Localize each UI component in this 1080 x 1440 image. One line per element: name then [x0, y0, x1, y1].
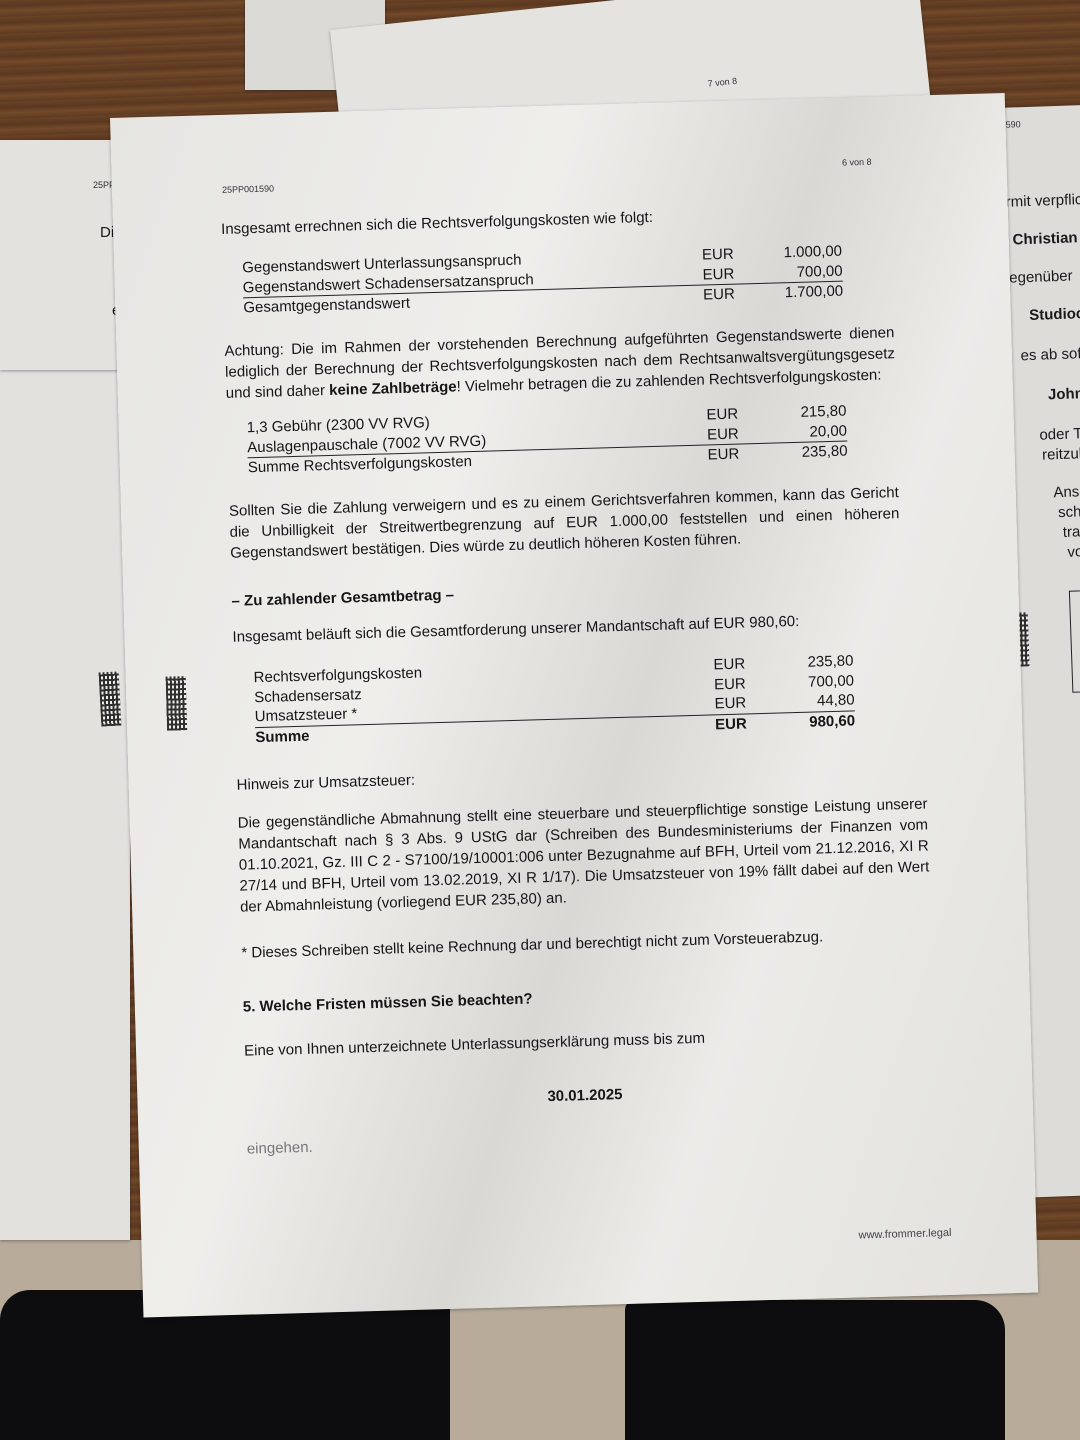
value-table: Gegenstandswert UnterlassungsanspruchEUR…	[242, 242, 843, 318]
text-fragment: John V	[1048, 385, 1080, 404]
deadline-outro: eingehen.	[247, 1120, 917, 1160]
text-fragment: oder Teil	[1039, 425, 1080, 444]
vat-heading: Hinweis zur Umsatzsteuer:	[236, 756, 906, 796]
text-fragment: Christian	[1012, 229, 1078, 248]
text-fragment: gegenüber	[1001, 267, 1073, 286]
text-fragment: Anschlu	[1053, 482, 1080, 501]
fee-table: 1,3 Gebühr (2300 VV RVG)EUR215,80 Auslag…	[246, 402, 847, 478]
background-page-left-lower	[0, 360, 130, 1240]
text-fragment: reitzuhal	[1042, 445, 1080, 464]
refusal-note: Sollten Sie die Zahlung verweigern und e…	[229, 482, 900, 564]
text-fragment: es ab sofor	[1020, 345, 1080, 365]
section-5-heading: 5. Welche Fristen müssen Sie beachten?	[243, 991, 533, 1016]
person-leg-right	[625, 1300, 1005, 1440]
barcode-icon	[166, 676, 187, 731]
text-fragment: tragss	[1063, 523, 1080, 541]
text-fragment: vom z	[1067, 542, 1080, 560]
text-fragment: Studioca	[1029, 305, 1080, 324]
document-page: 25PP001590 6 von 8 Insgesamt errechnen s…	[110, 93, 1038, 1318]
intro-text: Insgesamt errechnen sich die Rechtsverfo…	[221, 200, 891, 240]
text-fragment: schuldl	[1058, 502, 1080, 521]
vat-paragraph: Die gegenständliche Abmahnung stellt ein…	[237, 793, 930, 917]
document-reference: 25PP001590	[222, 183, 274, 194]
attention-paragraph: Achtung: Die im Rahmen der vorstehenden …	[224, 322, 895, 404]
deadline-intro: Eine von Ihnen unterzeichnete Unterlassu…	[244, 1022, 914, 1062]
page-number: 7 von 8	[707, 76, 737, 89]
total-table: RechtsverfolgungskostenEUR235,80 Schaden…	[253, 651, 855, 747]
footnote: * Dieses Schreiben stellt keine Rechnung…	[241, 924, 911, 964]
page-number: 6 von 8	[842, 157, 872, 168]
footer-url: www.frommer.legal	[858, 1227, 951, 1242]
total-intro: Insgesamt beläuft sich die Gesamtforderu…	[232, 608, 902, 648]
barcode-icon	[99, 672, 122, 727]
deadline-date: 30.01.2025	[137, 1075, 1032, 1117]
total-heading: – Zu zahlender Gesamtbetrag –	[231, 587, 454, 610]
signature-box: So ... C	[1069, 589, 1080, 693]
